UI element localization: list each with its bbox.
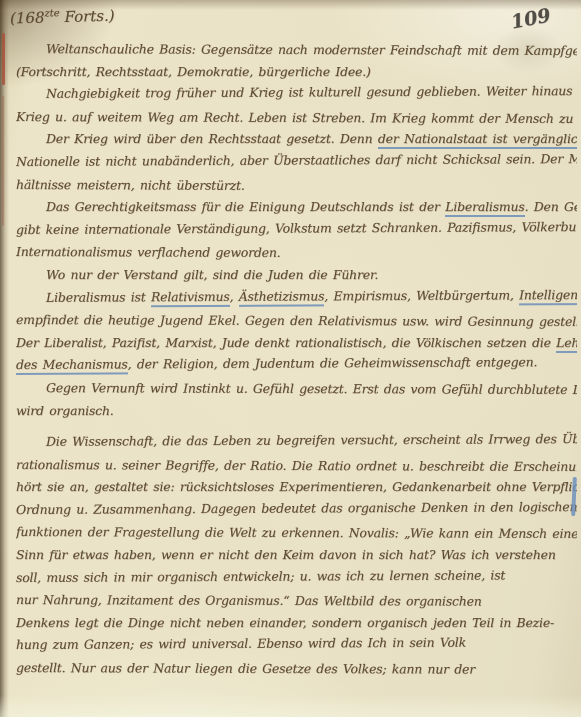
line-text: Nachgiebigkeit trog früher und Krieg ist… [46, 83, 577, 101]
manuscript-line: gibt keine internationale Verständigung,… [16, 216, 577, 242]
heading-superscript: zte [44, 8, 60, 19]
manuscript-page: (168zte Forts.) 109 Weltanschauliche Bas… [0, 0, 581, 717]
line-text: Liberalismus ist [46, 289, 151, 305]
line-text: Nationelle ist nicht unabänderlich, aber… [16, 151, 577, 169]
manuscript-line: Das Gerechtigkeitsmass für die Einigung … [16, 196, 577, 219]
underlined-phrase: der Nationalstaat ist vergänglich [378, 131, 577, 149]
underlined-phrase: Lehre [556, 335, 577, 353]
manuscript-line: Weltanschauliche Basis: Gegensätze nach … [16, 38, 577, 63]
manuscript-line: nur Nahrung, Inzitament des Organismus.“… [16, 589, 577, 614]
line-text: empfindet die heutige Jugend Ekel. Gegen… [16, 312, 577, 329]
line-text: soll, muss sich in mir organisch entwick… [16, 567, 505, 585]
line-text: , Empirismus, Weltbürgertum, [324, 287, 519, 303]
underpage-red-edge-faint [2, 96, 4, 226]
line-text: Denkens legt die Dinge nicht neben einan… [16, 615, 554, 630]
manuscript-line: empfindet die heutige Jugend Ekel. Gegen… [16, 309, 577, 334]
line-text: hört sie an, gestaltet sie: rücksichtslo… [16, 479, 577, 494]
manuscript-line: hört sie an, gestaltet sie: rücksichtslo… [16, 476, 577, 499]
manuscript-line: des Mechanismus, der Religion, dem Juden… [16, 351, 577, 377]
manuscript-line: Internationalismus verflachend geworden. [16, 241, 577, 266]
manuscript-line: Die Wissenschaft, die das Leben zu begre… [16, 428, 577, 454]
line-text: Weltanschauliche Basis: Gegensätze nach … [46, 41, 577, 58]
manuscript-line: Ordnung u. Zusammenhang. Dagegen bedeute… [16, 496, 577, 522]
line-text: gestellt. Nur aus der Natur liegen die G… [16, 660, 475, 677]
line-text: , der Religion, dem Judentum die Geheimw… [128, 355, 538, 372]
heading-rest: Forts.) [64, 7, 115, 26]
manuscript-line: rationalismus u. seiner Begriffe, der Ra… [16, 454, 577, 479]
manuscript-line: Liberalismus ist Relativismus, Ästhetizi… [16, 284, 577, 310]
underlined-phrase: Ästhetizismus [239, 288, 325, 306]
manuscript-line: Krieg u. auf weitem Weg am Recht. Leben … [16, 106, 577, 131]
line-text: Wo nur der Verstand gilt, sind die Juden… [46, 267, 378, 282]
line-text: wird organisch. [16, 403, 114, 418]
manuscript-line: wird organisch. [16, 400, 577, 423]
manuscript-line: soll, muss sich in mir organisch entwick… [16, 564, 577, 590]
heading-number: (168 [10, 8, 45, 27]
line-text: Der Liberalist, Pazifist, Marxist, Jude … [16, 335, 556, 350]
line-text: (Fortschritt, Rechtsstaat, Demokratie, b… [16, 64, 371, 79]
manuscript-line: Gegen Vernunft wird Instinkt u. Gefühl g… [16, 377, 577, 402]
line-text: . Den Gegner bekämpfen. Es [525, 199, 577, 214]
line-text: nur Nahrung, Inzitament des Organismus.“… [16, 592, 482, 609]
line-text: , [230, 288, 239, 303]
manuscript-line: hältnisse meistern, nicht überstürzt. [16, 174, 577, 199]
continuation-heading: (168zte Forts.) [10, 7, 115, 28]
underlined-phrase: Relativismus [151, 288, 230, 306]
line-text: Sinn für etwas haben, wenn er nicht den … [16, 547, 556, 562]
line-text: Gegen Vernunft wird Instinkt u. Gefühl g… [46, 380, 577, 397]
line-text: rationalismus u. seiner Begriffe, der Ra… [16, 457, 577, 474]
manuscript-body: Weltanschauliche Basis: Gegensätze nach … [16, 38, 577, 717]
underlined-phrase: Liberalismus [445, 199, 524, 217]
manuscript-line: Wo nur der Verstand gilt, sind die Juden… [16, 264, 577, 287]
line-text: Das Gerechtigkeitsmass für die Einigung … [46, 199, 445, 214]
line-text: Krieg u. auf weitem Weg am Recht. Leben … [16, 109, 577, 126]
line-text: gibt keine internationale Verständigung,… [16, 219, 577, 237]
manuscript-line: gestellt. Nur aus der Natur liegen die G… [16, 657, 577, 682]
manuscript-line: Sinn für etwas haben, wenn er nicht den … [16, 544, 577, 567]
manuscript-line: Nachgiebigkeit trog früher und Krieg ist… [16, 80, 577, 106]
underlined-phrase: des Mechanismus [16, 357, 128, 376]
manuscript-line: Nationelle ist nicht unabänderlich, aber… [16, 148, 577, 174]
line-text: funktionen der Fragestellung die Welt zu… [16, 524, 577, 541]
line-text: hung zum Ganzen; es wird universal. Eben… [16, 635, 466, 652]
manuscript-line: funktionen der Fragestellung die Welt zu… [16, 521, 577, 546]
line-text: Die Wissenschaft, die das Leben zu begre… [46, 431, 577, 449]
underlined-phrase: Intelligenz [519, 287, 577, 305]
line-text: Der Krieg wird über den Rechtsstaat gese… [46, 131, 378, 146]
line-text: hältnisse meistern, nicht überstürzt. [16, 177, 245, 193]
underpage-red-edge [2, 33, 5, 85]
manuscript-line: hung zum Ganzen; es wird universal. Eben… [16, 632, 577, 658]
line-text: Ordnung u. Zusammenhang. Dagegen bedeute… [16, 499, 577, 517]
line-text: Internationalismus verflachend geworden. [16, 244, 281, 260]
